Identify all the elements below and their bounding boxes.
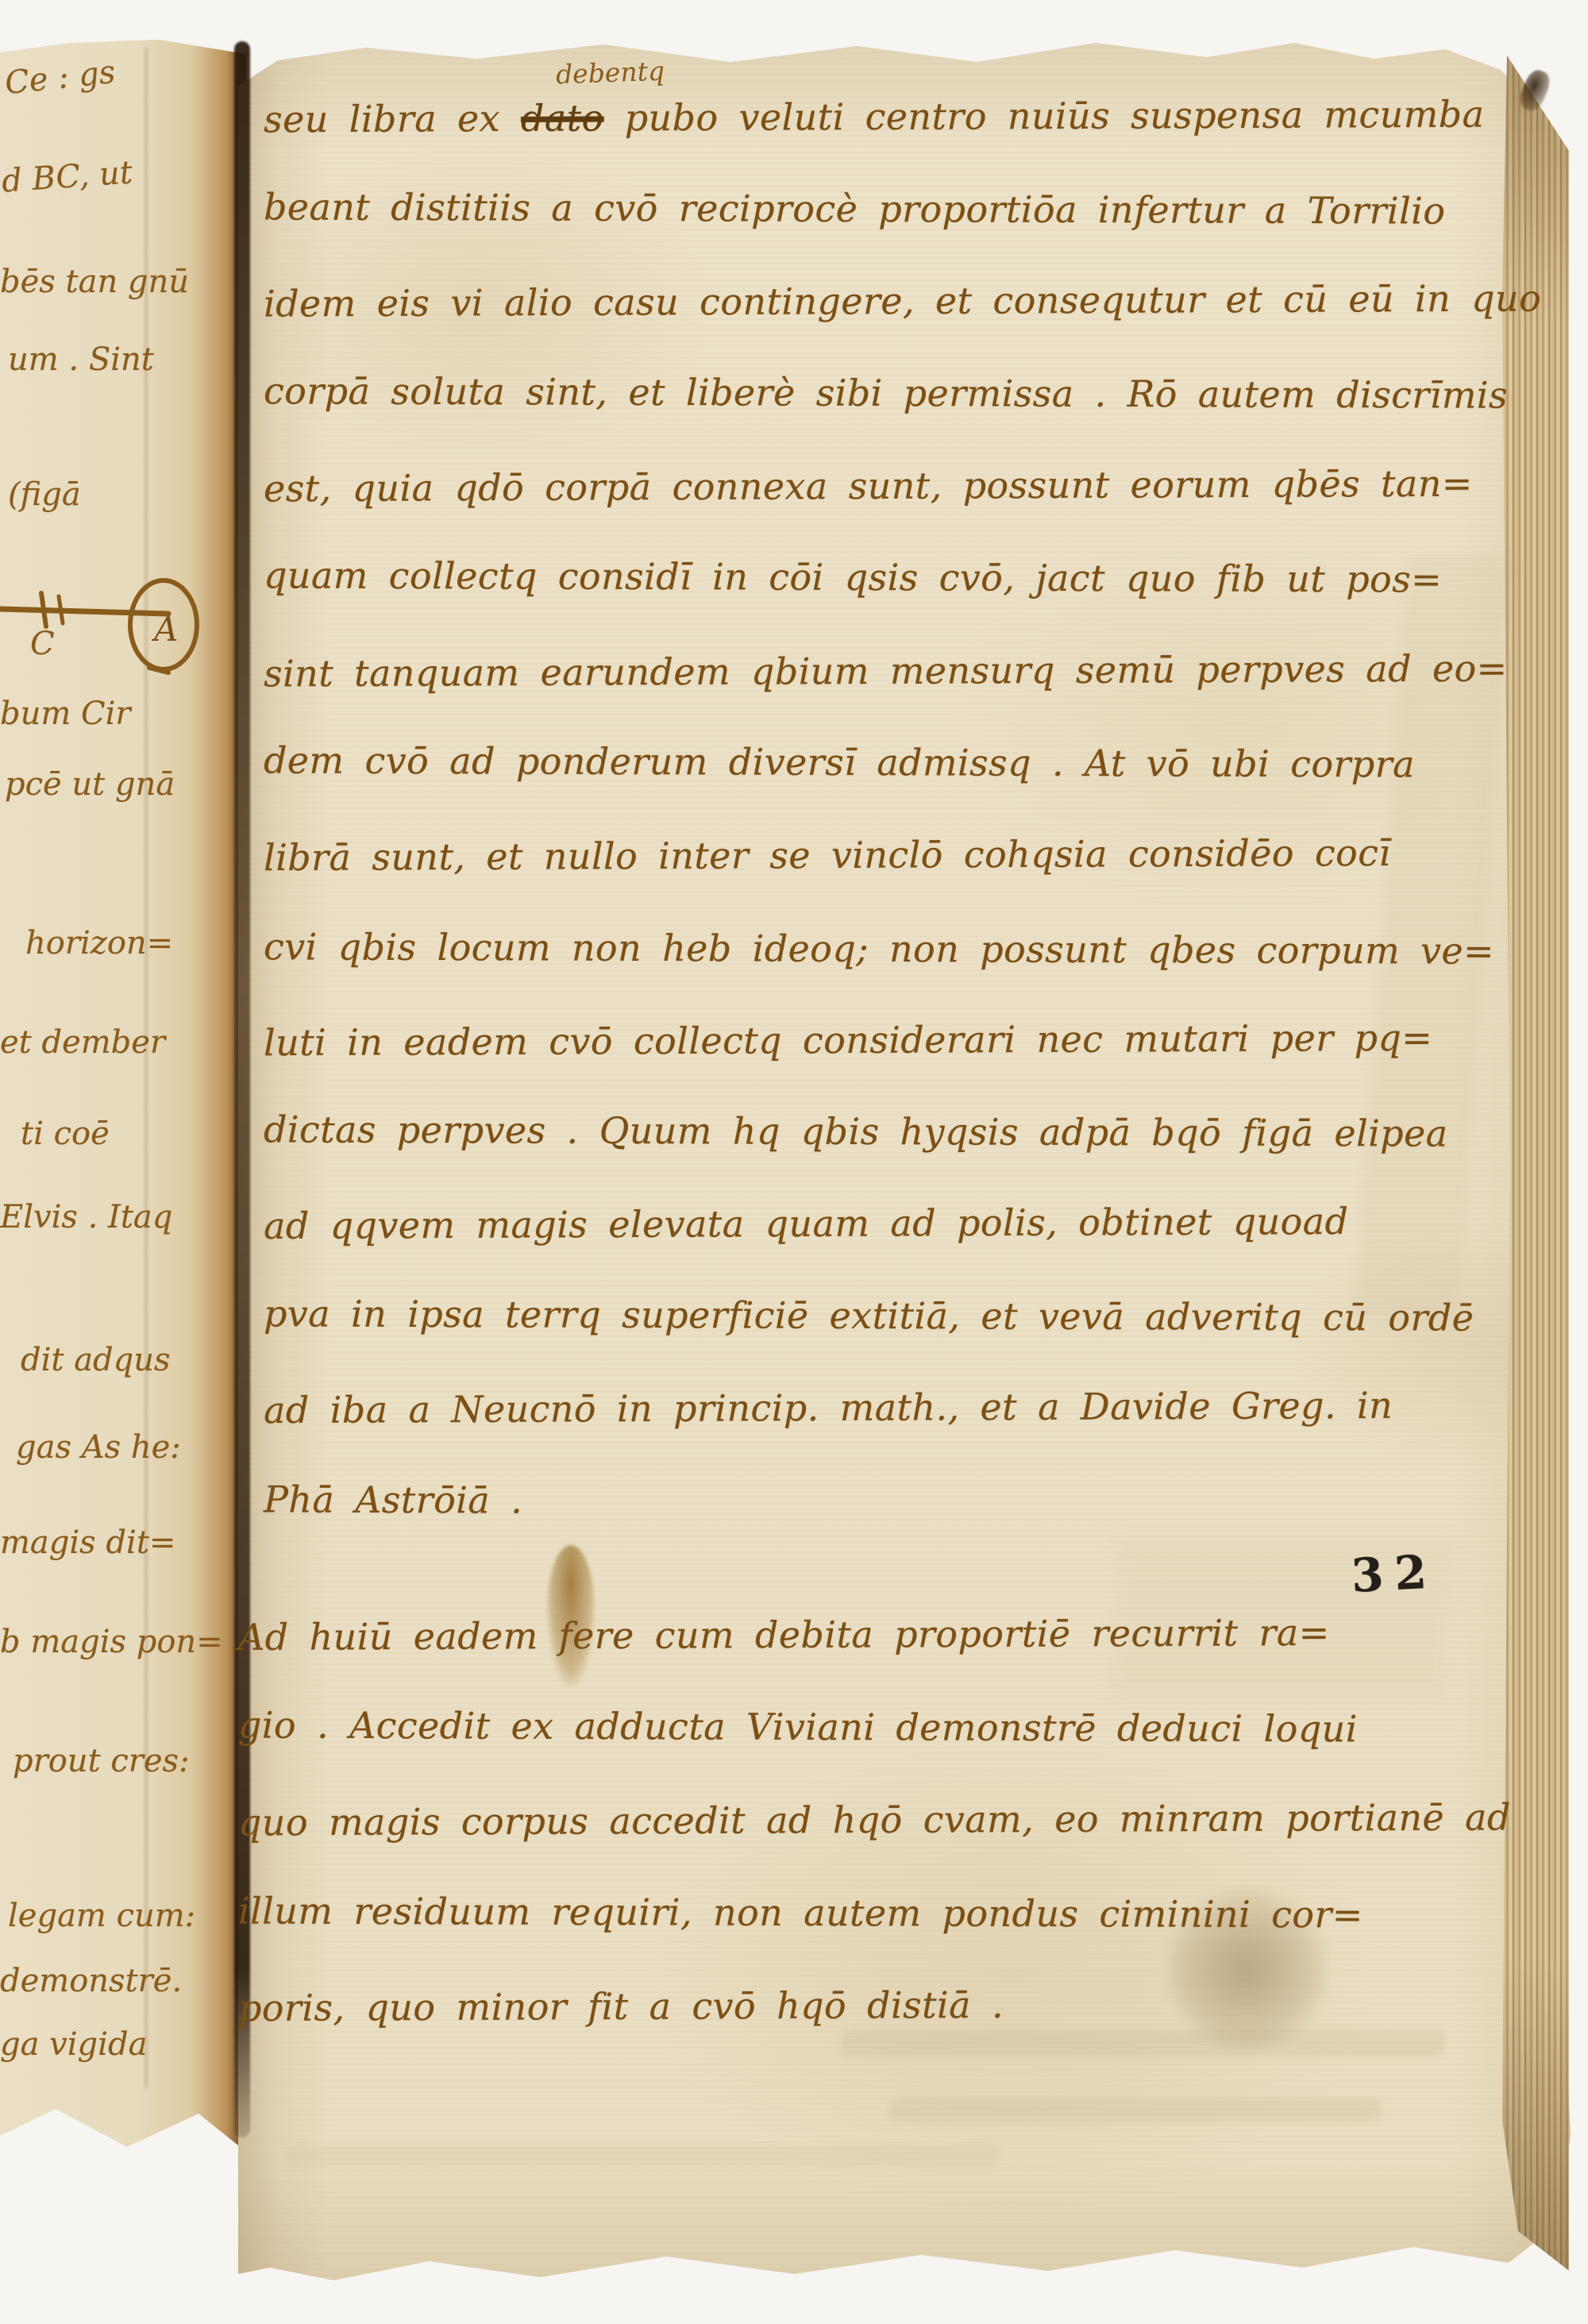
margin-note: legam cum: bbox=[8, 1898, 195, 1934]
manuscript-line: ad qqvem magis elevata quam ad polis, ob… bbox=[264, 1200, 1349, 1247]
margin-note: Ce : gs bbox=[3, 54, 117, 102]
manuscript-line: dictas perpves . Quum hq qbis hyqsis adp… bbox=[264, 1108, 1448, 1154]
margin-notes-column: Ce : gs d BC, ut bēs tan gnū um . Sint (… bbox=[0, 0, 214, 2324]
margin-note: horizon= bbox=[25, 925, 173, 962]
manuscript-line: illum residuum requiri, non autem pondus… bbox=[238, 1890, 1363, 1937]
margin-note: pcē ut gnā bbox=[5, 766, 175, 803]
show-through bbox=[841, 2029, 1446, 2056]
show-through bbox=[285, 2145, 1001, 2166]
margin-note: gas As he: bbox=[16, 1429, 181, 1466]
manuscript-line: quam collectq considī in cōi qsis cvō, j… bbox=[264, 553, 1442, 600]
manuscript-line: est, quia qdō corpā connexa sunt, possun… bbox=[264, 462, 1473, 511]
margin-note: ti coē bbox=[21, 1116, 110, 1152]
interlinear-insertion: debentq bbox=[555, 56, 665, 91]
manuscript-photo: 32 debentq seu libra ex dato pubo veluti… bbox=[0, 0, 1588, 2324]
manuscript-line: gio . Accedit ex adducta Viviani demonst… bbox=[238, 1704, 1358, 1751]
manuscript-line: luti in eadem cvō collectq considerari n… bbox=[264, 1016, 1432, 1064]
manuscript-line: ad iba a Neucnō in princip. math., et a … bbox=[264, 1384, 1393, 1432]
page-corner-damage bbox=[1516, 67, 1553, 114]
margin-note: b magis pon= bbox=[0, 1624, 223, 1660]
manuscript-line: pva in ipsa terrq superficiē extitiā, et… bbox=[264, 1292, 1474, 1339]
manuscript-line: quo magis corpus accedit ad hqō cvam, eo… bbox=[238, 1796, 1511, 1844]
manuscript-line: idem eis vi alio casu contingere, et con… bbox=[264, 276, 1541, 325]
margin-note: bēs tan gnū bbox=[0, 264, 189, 300]
margin-note: demonstrē. bbox=[0, 1963, 182, 1999]
margin-note: magis dit= bbox=[0, 1524, 175, 1561]
figure-point-label: A bbox=[151, 610, 178, 649]
struck-word: dato bbox=[521, 96, 604, 139]
manuscript-line: dem cvō ad ponderum diversī admissq . At… bbox=[264, 738, 1415, 785]
margin-note: Elvis . Itaq bbox=[0, 1199, 172, 1235]
line-text: seu libra ex bbox=[264, 97, 521, 141]
manuscript-line: poris, quo minor fit a cvō hqō distiā . bbox=[238, 1983, 1004, 2029]
margin-note: prout cres: bbox=[13, 1743, 190, 1779]
page-number-stamp: 32 bbox=[1350, 1544, 1439, 1603]
manuscript-line: librā sunt, et nullo inter se vinclō coh… bbox=[264, 831, 1391, 879]
margin-note: um . Sint bbox=[8, 341, 154, 378]
manuscript-line: sint tanquam earundem qbium mensurq semū… bbox=[264, 647, 1508, 696]
manuscript-line: seu libra ex dato pubo veluti centro nui… bbox=[264, 93, 1485, 141]
margin-note: (figā bbox=[8, 476, 81, 513]
manuscript-line: Ad huiū eadem fere cum debita proportiē … bbox=[238, 1611, 1330, 1659]
margin-note: d BC, ut bbox=[1, 154, 134, 199]
book-fore-edge bbox=[1502, 56, 1569, 2271]
margin-note: et dember bbox=[0, 1024, 165, 1061]
manuscript-line: Phā Astrōiā . bbox=[264, 1478, 522, 1521]
margin-note: ga vigida bbox=[0, 2026, 147, 2063]
manuscript-line: cvi qbis locum non heb ideoq; non possun… bbox=[264, 925, 1494, 972]
line-text: pubo veluti centro nuiūs suspensa mcumba bbox=[604, 93, 1485, 140]
manuscript-line: corpā soluta sint, et liberè sibi permis… bbox=[264, 369, 1508, 416]
show-through bbox=[888, 2098, 1382, 2122]
margin-note: dit adqus bbox=[21, 1342, 171, 1378]
manuscript-line: beant distitiis a cvō reciprocè proporti… bbox=[264, 185, 1446, 232]
margin-figure-circled-a: A bbox=[0, 552, 210, 703]
